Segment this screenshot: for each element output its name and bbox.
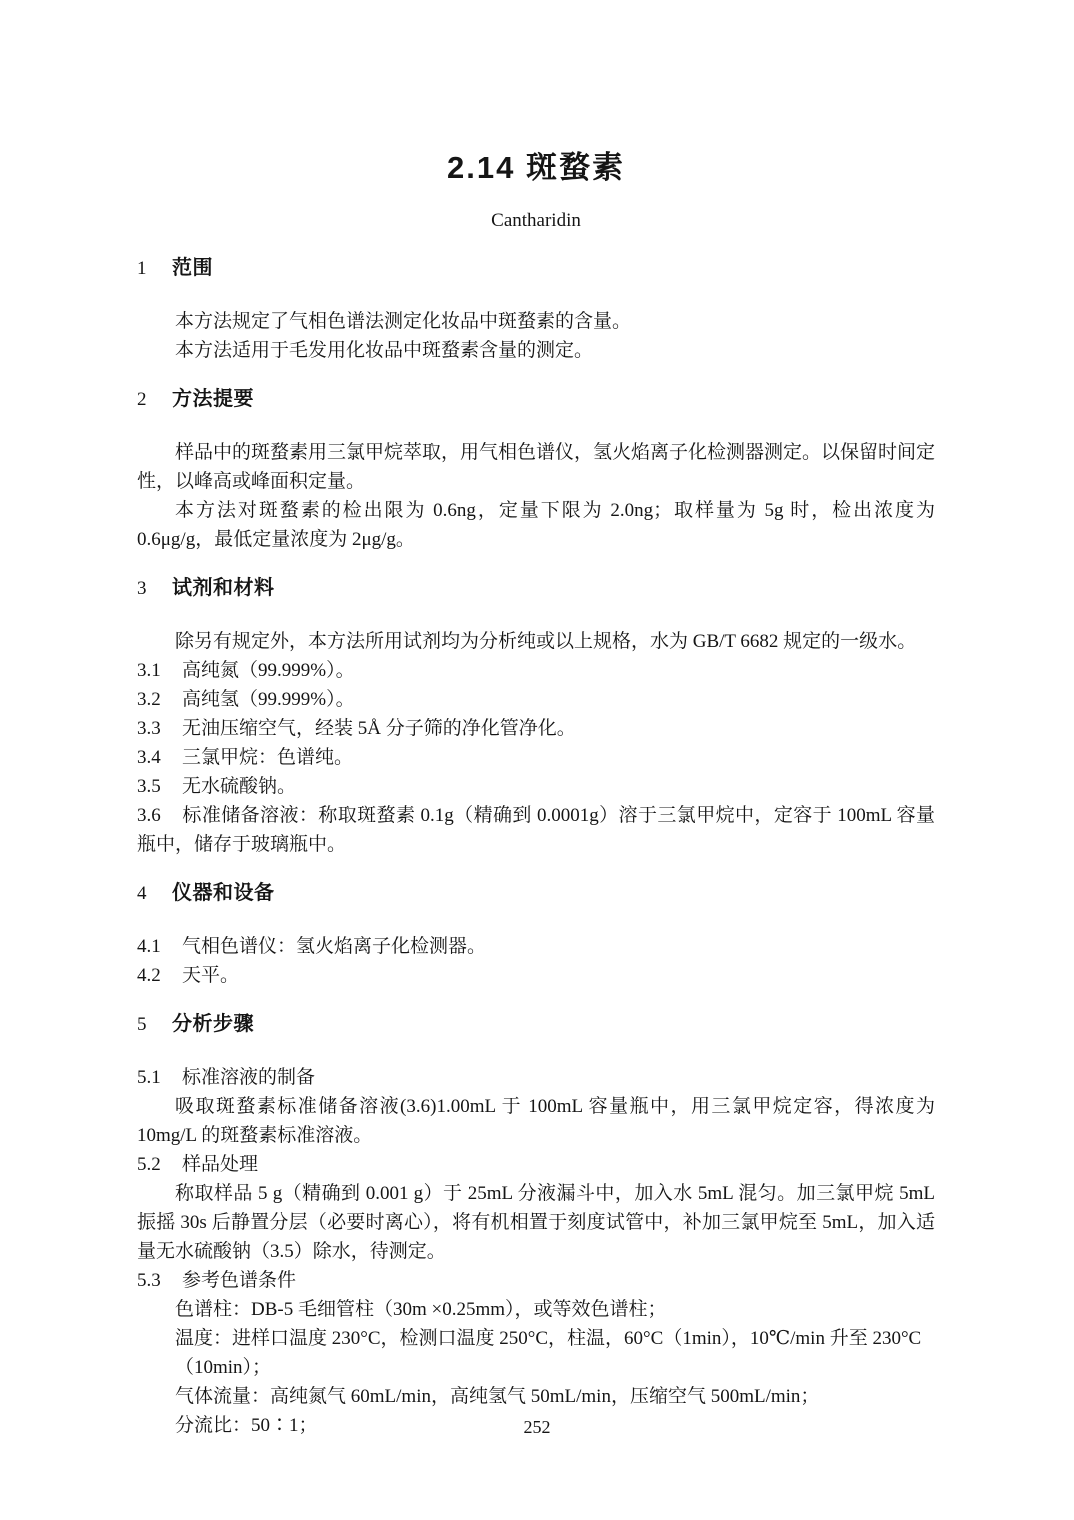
- list-item-4-1: 4.1气相色谱仪：氢火焰离子化检测器。: [137, 932, 935, 961]
- scope-paragraph-2: 本方法适用于毛发用化妆品中斑蝥素含量的测定。: [137, 336, 935, 365]
- section-1-heading: 1范围: [137, 254, 935, 283]
- list-item-3-1: 3.1高纯氮（99.999%）。: [137, 656, 935, 685]
- subsection-5-1-heading: 5.1标准溶液的制备: [137, 1063, 935, 1092]
- page-number: 252: [0, 1414, 1074, 1440]
- item-text: 标准储备溶液：称取斑蝥素 0.1g（精确到 0.0001g）溶于三氯甲烷中，定容…: [137, 805, 935, 855]
- item-number: 3.1: [137, 656, 182, 685]
- standard-solution-paragraph: 吸取斑蝥素标准储备溶液(3.6)1.00mL 于 100mL 容量瓶中，用三氯甲…: [137, 1092, 935, 1150]
- document-title: 2.14 斑蝥素: [137, 148, 935, 188]
- document-subtitle-english: Cantharidin: [137, 208, 935, 234]
- list-item-3-2: 3.2高纯氢（99.999%）。: [137, 685, 935, 714]
- section-1-number: 1: [137, 254, 172, 283]
- section-3-title: 试剂和材料: [172, 577, 275, 599]
- item-text: 高纯氮（99.999%）。: [182, 660, 355, 681]
- list-item-3-3: 3.3无油压缩空气，经装 5Å 分子筛的净化管净化。: [137, 714, 935, 743]
- section-5-title: 分析步骤: [172, 1013, 254, 1035]
- list-item-3-5: 3.5无水硫酸钠。: [137, 772, 935, 801]
- item-text: 参考色谱条件: [182, 1270, 296, 1291]
- subsection-5-3-heading: 5.3参考色谱条件: [137, 1266, 935, 1295]
- item-number: 5.3: [137, 1266, 182, 1295]
- item-number: 3.5: [137, 772, 182, 801]
- method-summary-paragraph-1: 样品中的斑蝥素用三氯甲烷萃取，用气相色谱仪，氢火焰离子化检测器测定。以保留时间定…: [137, 438, 935, 496]
- section-4-title: 仪器和设备: [172, 882, 275, 904]
- section-2-title: 方法提要: [172, 388, 254, 410]
- section-2-heading: 2方法提要: [137, 385, 935, 414]
- item-text: 三氯甲烷：色谱纯。: [182, 747, 353, 768]
- chromatography-temperature-line: 温度：进样口温度 230°C，检测口温度 250°C，柱温，60°C（1min）…: [175, 1324, 935, 1382]
- item-text: 无油压缩空气，经装 5Å 分子筛的净化管净化。: [182, 718, 576, 739]
- list-item-3-4: 3.4三氯甲烷：色谱纯。: [137, 743, 935, 772]
- section-3-number: 3: [137, 574, 172, 603]
- section-2-number: 2: [137, 385, 172, 414]
- list-item-3-6: 3.6标准储备溶液：称取斑蝥素 0.1g（精确到 0.0001g）溶于三氯甲烷中…: [137, 801, 935, 859]
- section-5-number: 5: [137, 1010, 172, 1039]
- item-text: 天平。: [182, 965, 239, 986]
- item-text: 样品处理: [182, 1154, 258, 1175]
- item-number: 3.6: [137, 801, 182, 830]
- section-4-heading: 4仪器和设备: [137, 879, 935, 908]
- reagents-intro-paragraph: 除另有规定外，本方法所用试剂均为分析纯或以上规格，水为 GB/T 6682 规定…: [137, 627, 935, 656]
- section-5-heading: 5分析步骤: [137, 1010, 935, 1039]
- section-1-title: 范围: [172, 257, 213, 279]
- item-number: 3.3: [137, 714, 182, 743]
- item-text: 标准溶液的制备: [182, 1067, 315, 1088]
- chromatography-gasflow-line: 气体流量：高纯氮气 60mL/min，高纯氢气 50mL/min，压缩空气 50…: [175, 1382, 935, 1411]
- item-number: 5.2: [137, 1150, 182, 1179]
- item-text: 气相色谱仪：氢火焰离子化检测器。: [182, 936, 486, 957]
- subsection-5-2-heading: 5.2样品处理: [137, 1150, 935, 1179]
- sample-treatment-paragraph: 称取样品 5 g（精确到 0.001 g）于 25mL 分液漏斗中，加入水 5m…: [137, 1179, 935, 1266]
- list-item-4-2: 4.2天平。: [137, 961, 935, 990]
- item-number: 3.2: [137, 685, 182, 714]
- chromatography-column-line: 色谱柱：DB-5 毛细管柱（30m ×0.25mm），或等效色谱柱；: [175, 1295, 935, 1324]
- method-summary-paragraph-2: 本方法对斑蝥素的检出限为 0.6ng，定量下限为 2.0ng；取样量为 5g 时…: [137, 496, 935, 554]
- item-number: 4.2: [137, 961, 182, 990]
- item-number: 5.1: [137, 1063, 182, 1092]
- item-number: 4.1: [137, 932, 182, 961]
- item-text: 高纯氢（99.999%）。: [182, 689, 355, 710]
- item-number: 3.4: [137, 743, 182, 772]
- section-4-number: 4: [137, 879, 172, 908]
- item-text: 无水硫酸钠。: [182, 776, 296, 797]
- document-page: 2.14 斑蝥素 Cantharidin 1范围 本方法规定了气相色谱法测定化妆…: [0, 0, 1074, 1520]
- section-3-heading: 3试剂和材料: [137, 574, 935, 603]
- scope-paragraph-1: 本方法规定了气相色谱法测定化妆品中斑蝥素的含量。: [137, 307, 935, 336]
